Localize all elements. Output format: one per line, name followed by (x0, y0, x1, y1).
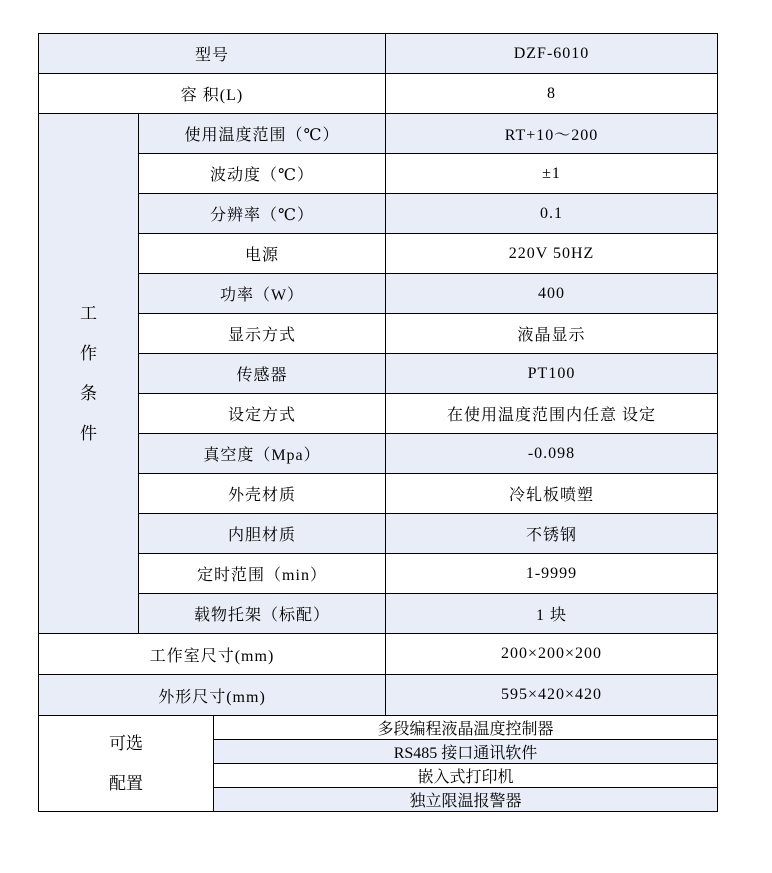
table-row-optional-1: 可选 配置 多段编程液晶温度控制器 (39, 716, 718, 740)
table-row-display-mode: 显示方式 液晶显示 (39, 314, 718, 354)
spec-label: 真空度（Mpa） (139, 434, 386, 474)
table-row-resolution: 分辨率（℃） 0.1 (39, 194, 718, 234)
document-page: 型号 DZF-6010 容 积(L) 8 工 作 条 件 使用温度范围（℃） R… (0, 0, 772, 873)
spec-value: 400 (386, 274, 718, 314)
table-row-shell-material: 外壳材质 冷轧板喷塑 (39, 474, 718, 514)
table-row-volume: 容 积(L) 8 (39, 74, 718, 114)
table-row-setting-mode: 设定方式 在使用温度范围内任意 设定 (39, 394, 718, 434)
table-row-wattage: 功率（W） 400 (39, 274, 718, 314)
spec-label: 传感器 (139, 354, 386, 394)
spec-value: RT+10～200 (386, 114, 718, 154)
model-label: 型号 (39, 34, 386, 74)
table-row-fluctuation: 波动度（℃） ±1 (39, 154, 718, 194)
spec-value: 1 块 (386, 594, 718, 634)
table-row-power-supply: 电源 220V 50HZ (39, 234, 718, 274)
spec-label: 外壳材质 (139, 474, 386, 514)
table-row-timer-range: 定时范围（min） 1-9999 (39, 554, 718, 594)
spec-label: 分辨率（℃） (139, 194, 386, 234)
spec-value: -0.098 (386, 434, 718, 474)
group-char: 条 (39, 374, 138, 414)
optional-item: RS485 接口通讯软件 (214, 740, 718, 764)
chamber-size-value: 200×200×200 (386, 634, 718, 675)
optional-group-line: 可选 (39, 724, 213, 764)
spec-label: 波动度（℃） (139, 154, 386, 194)
spec-label: 电源 (139, 234, 386, 274)
working-conditions-group-cell: 工 作 条 件 (39, 114, 139, 634)
chamber-size-label: 工作室尺寸(mm) (39, 634, 386, 675)
spec-value: 不锈钢 (386, 514, 718, 554)
spec-label: 显示方式 (139, 314, 386, 354)
spec-label: 载物托架（标配） (139, 594, 386, 634)
optional-item: 独立限温报警器 (214, 788, 718, 812)
optional-item: 嵌入式打印机 (214, 764, 718, 788)
spec-value: 1-9999 (386, 554, 718, 594)
spec-value: ±1 (386, 154, 718, 194)
table-row-overall-size: 外形尺寸(mm) 595×420×420 (39, 675, 718, 716)
optional-config-group-cell: 可选 配置 (39, 716, 214, 812)
group-char: 件 (39, 414, 138, 454)
group-char: 作 (39, 334, 138, 374)
table-row-liner-material: 内胆材质 不锈钢 (39, 514, 718, 554)
spec-table: 型号 DZF-6010 容 积(L) 8 工 作 条 件 使用温度范围（℃） R… (38, 33, 718, 812)
table-row-shelf: 载物托架（标配） 1 块 (39, 594, 718, 634)
spec-label: 设定方式 (139, 394, 386, 434)
table-row-chamber-size: 工作室尺寸(mm) 200×200×200 (39, 634, 718, 675)
spec-label: 功率（W） (139, 274, 386, 314)
table-row-temp-range: 工 作 条 件 使用温度范围（℃） RT+10～200 (39, 114, 718, 154)
overall-size-value: 595×420×420 (386, 675, 718, 716)
spec-label: 定时范围（min） (139, 554, 386, 594)
optional-item: 多段编程液晶温度控制器 (214, 716, 718, 740)
table-row-vacuum-degree: 真空度（Mpa） -0.098 (39, 434, 718, 474)
spec-value: 220V 50HZ (386, 234, 718, 274)
spec-value: 液晶显示 (386, 314, 718, 354)
spec-value: 冷轧板喷塑 (386, 474, 718, 514)
volume-value: 8 (386, 74, 718, 114)
spec-label: 内胆材质 (139, 514, 386, 554)
volume-label: 容 积(L) (39, 74, 386, 114)
group-char: 工 (39, 294, 138, 334)
spec-label: 使用温度范围（℃） (139, 114, 386, 154)
table-row-sensor: 传感器 PT100 (39, 354, 718, 394)
table-row-model: 型号 DZF-6010 (39, 34, 718, 74)
model-value: DZF-6010 (386, 34, 718, 74)
spec-value: PT100 (386, 354, 718, 394)
spec-value: 0.1 (386, 194, 718, 234)
spec-value: 在使用温度范围内任意 设定 (386, 394, 718, 434)
optional-group-line: 配置 (39, 764, 213, 804)
overall-size-label: 外形尺寸(mm) (39, 675, 386, 716)
